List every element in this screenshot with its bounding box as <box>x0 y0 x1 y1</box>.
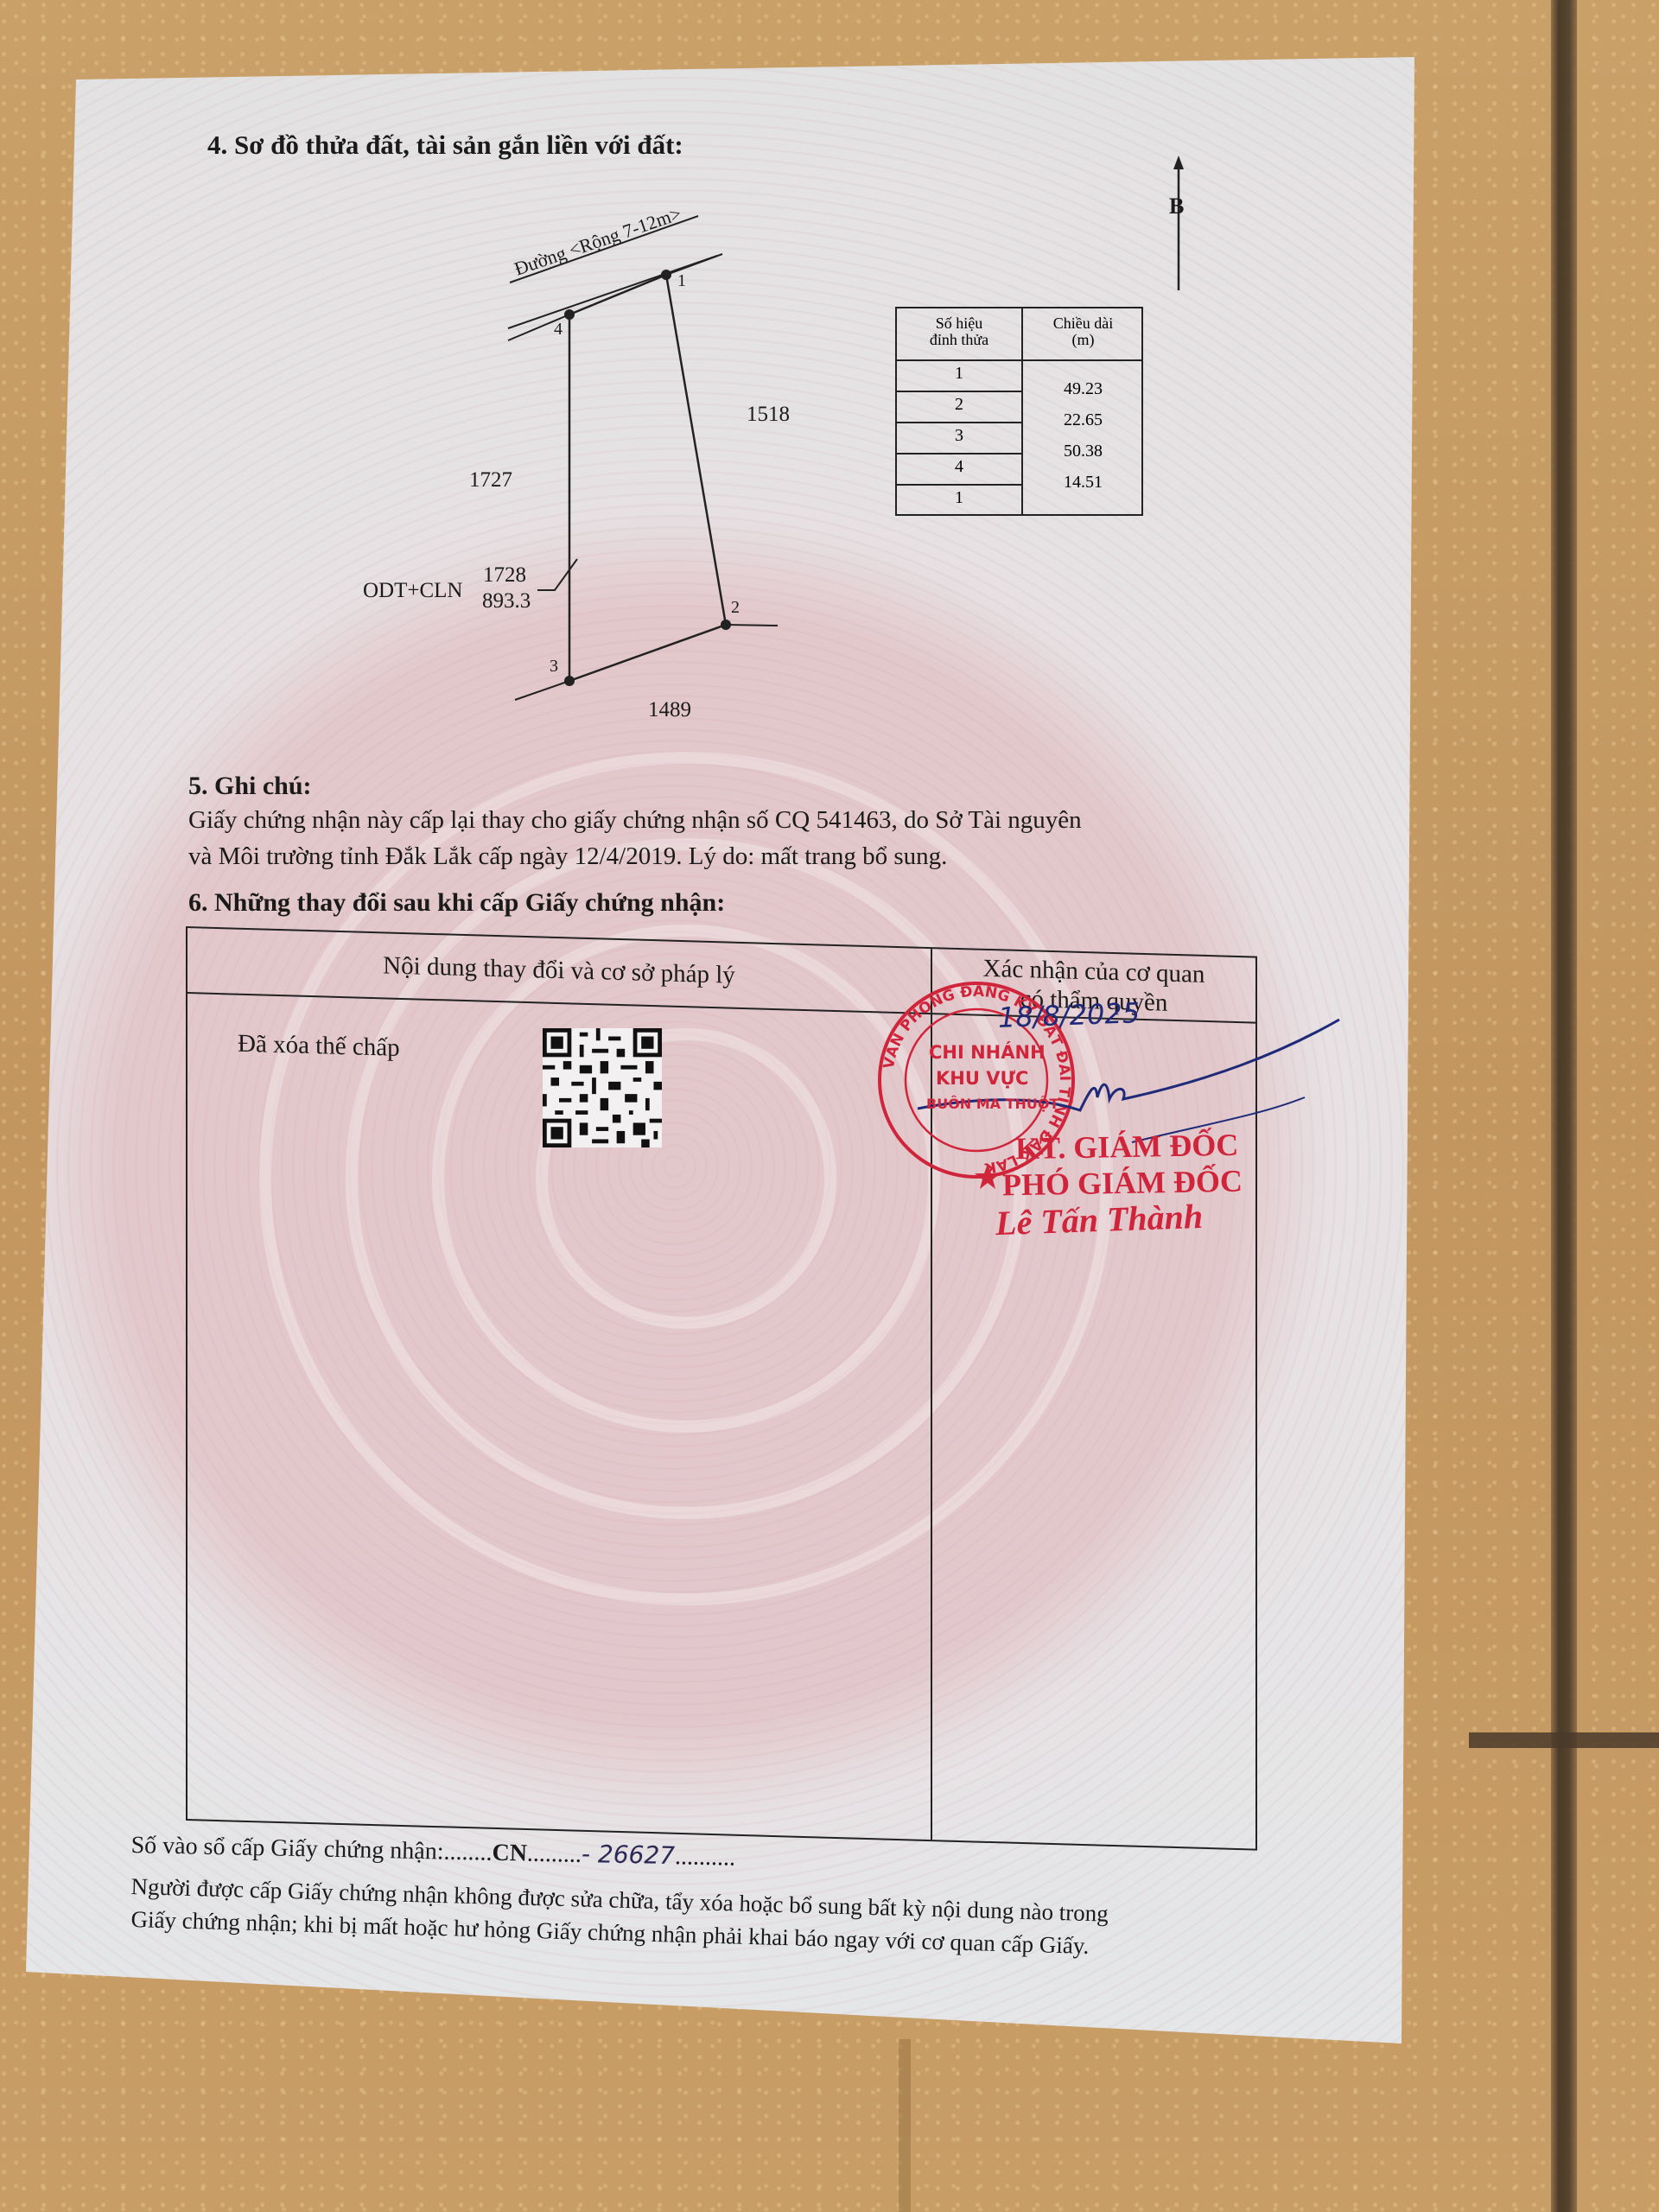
confirm-date: 18/8/2025 <box>997 996 1140 1034</box>
registry-label: Số vào sổ cấp Giấy chứng nhận: <box>130 1832 444 1866</box>
signer-title-2: PHÓ GIÁM ĐỐC <box>1002 1163 1243 1204</box>
registry-number: - 26627 <box>582 1840 676 1870</box>
seal-line-1: CHI NHÁNH <box>929 1042 1046 1063</box>
seal-line-2: KHU VỰC <box>936 1068 1028 1089</box>
signer-title-1: KT. GIÁM ĐỐC <box>1015 1127 1239 1167</box>
signer-name: Lê Tấn Thành <box>995 1196 1204 1243</box>
seal-line-3: BUÔN MA THUỘT <box>926 1096 1058 1112</box>
registry-prefix: CN <box>492 1840 527 1867</box>
